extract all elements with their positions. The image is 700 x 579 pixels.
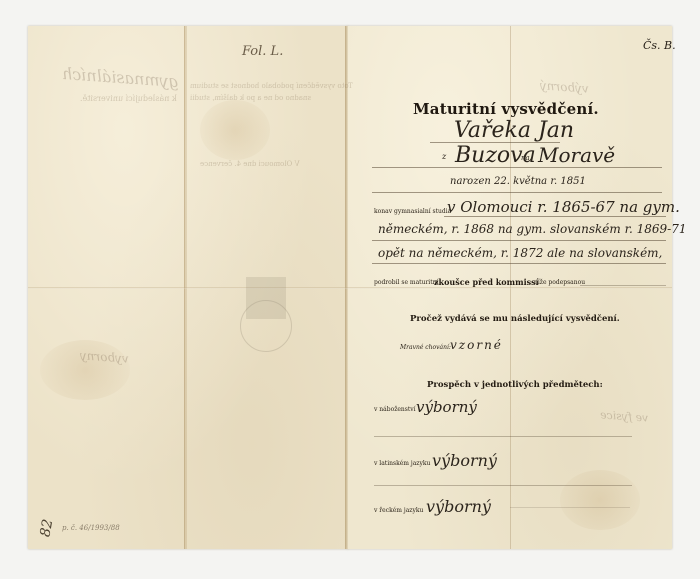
document-title: Maturitní vysvědčení. bbox=[413, 100, 599, 118]
official-seal-stamp bbox=[240, 300, 292, 352]
origin-connector: na bbox=[521, 154, 530, 162]
bleed-through-print: Toto vysvědčení podobalo hodnost se stud… bbox=[190, 82, 353, 90]
birth-line: narozen 22. května r. 1851 bbox=[450, 176, 586, 187]
subject-divider bbox=[510, 507, 630, 508]
subject-divider bbox=[374, 485, 632, 486]
exam-prefix: podrobil se maturitní bbox=[374, 279, 438, 286]
issued-statement: Pročež vydává se mu následující vysvědče… bbox=[410, 314, 620, 324]
studies-line-1: v Olomouci r. 1865-67 na gym. bbox=[447, 198, 680, 216]
corner-reference-mark: Čs. B. bbox=[643, 39, 676, 52]
studies-label: konav gymnasialní studia bbox=[374, 208, 451, 215]
conduct-value: vzorné bbox=[450, 338, 503, 352]
origin-underline bbox=[372, 167, 662, 168]
subject-grade: výborný bbox=[426, 497, 491, 516]
subject-grade: výborný bbox=[416, 398, 477, 416]
subject-label: v řeckém jazyku bbox=[374, 507, 423, 514]
origin-prefix: z bbox=[442, 152, 446, 161]
studies-underline-2 bbox=[372, 240, 666, 241]
bleed-through-print: snadno od ne a po k dalším, studii bbox=[190, 94, 311, 102]
folio-mark: Fol. L. bbox=[242, 44, 283, 59]
studies-underline-1 bbox=[444, 216, 666, 217]
subjects-heading: Prospěch v jednotlivých předmětech: bbox=[427, 380, 603, 390]
studies-underline-3 bbox=[372, 263, 666, 264]
studies-line-3: opět na německém, r. 1872 ale na slovans… bbox=[378, 246, 662, 260]
studies-line-2: německém, r. 1868 na gym. slovanském r. … bbox=[378, 222, 687, 236]
archive-reference: p. č. 46/1993/88 bbox=[62, 524, 120, 532]
paper-stain bbox=[560, 470, 640, 530]
student-name: Vařeka Jan bbox=[454, 118, 574, 143]
paper-stain bbox=[200, 100, 270, 160]
archive-number: 82 bbox=[37, 518, 56, 538]
birth-underline bbox=[372, 192, 662, 193]
exam-suffix: níže podepsanou bbox=[534, 279, 585, 286]
origin-region: Moravě bbox=[538, 143, 615, 167]
subject-label: v náboženství bbox=[374, 406, 416, 413]
subject-label: v latinském jazyku bbox=[374, 460, 430, 467]
horizontal-fold-line bbox=[28, 287, 672, 289]
conduct-label: Mravné chování: bbox=[400, 344, 451, 351]
subject-divider bbox=[374, 436, 632, 437]
exam-committee: zkoušce před kommissí bbox=[434, 277, 539, 287]
exam-underline bbox=[580, 285, 666, 286]
subject-grade: výborný bbox=[432, 451, 497, 470]
bleed-through-print: k následující universitě. bbox=[80, 94, 177, 103]
bleed-through-print: V Olomouci dne 4. července bbox=[200, 160, 300, 168]
